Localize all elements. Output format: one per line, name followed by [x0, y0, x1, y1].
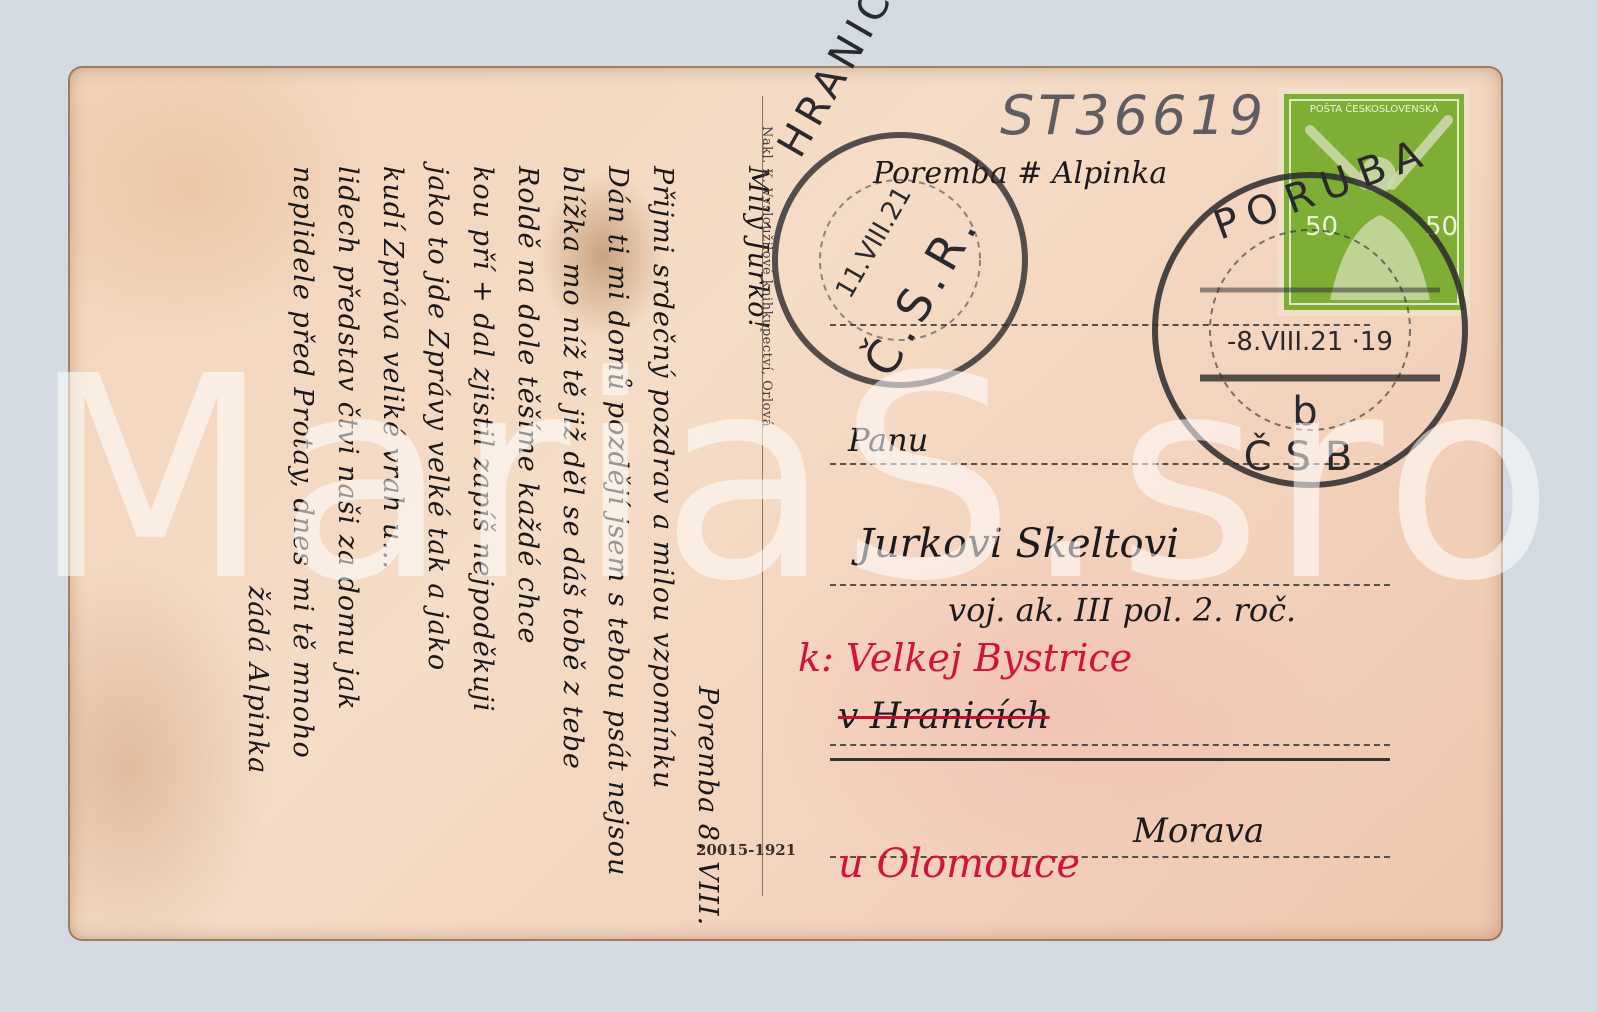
- postmark-date: -8.VIII.21 ·19: [1227, 327, 1393, 357]
- postmark-letter: b: [1292, 389, 1317, 435]
- hranice-postmark: HRANICE 11.VIII.21 Č.S.R.: [769, 0, 1025, 386]
- stamp-value-right: 50: [1425, 212, 1458, 242]
- stamp-country: POŠTA ČESKOSLOVENSKÁ: [1310, 102, 1439, 115]
- postmark-top: HRANICE: [769, 0, 919, 165]
- postal-marks: POŠTA ČESKOSLOVENSKÁ 50 50 -8.VIII.21 ·1…: [0, 0, 1597, 1012]
- postmark-bottom: ČSB: [1244, 432, 1367, 480]
